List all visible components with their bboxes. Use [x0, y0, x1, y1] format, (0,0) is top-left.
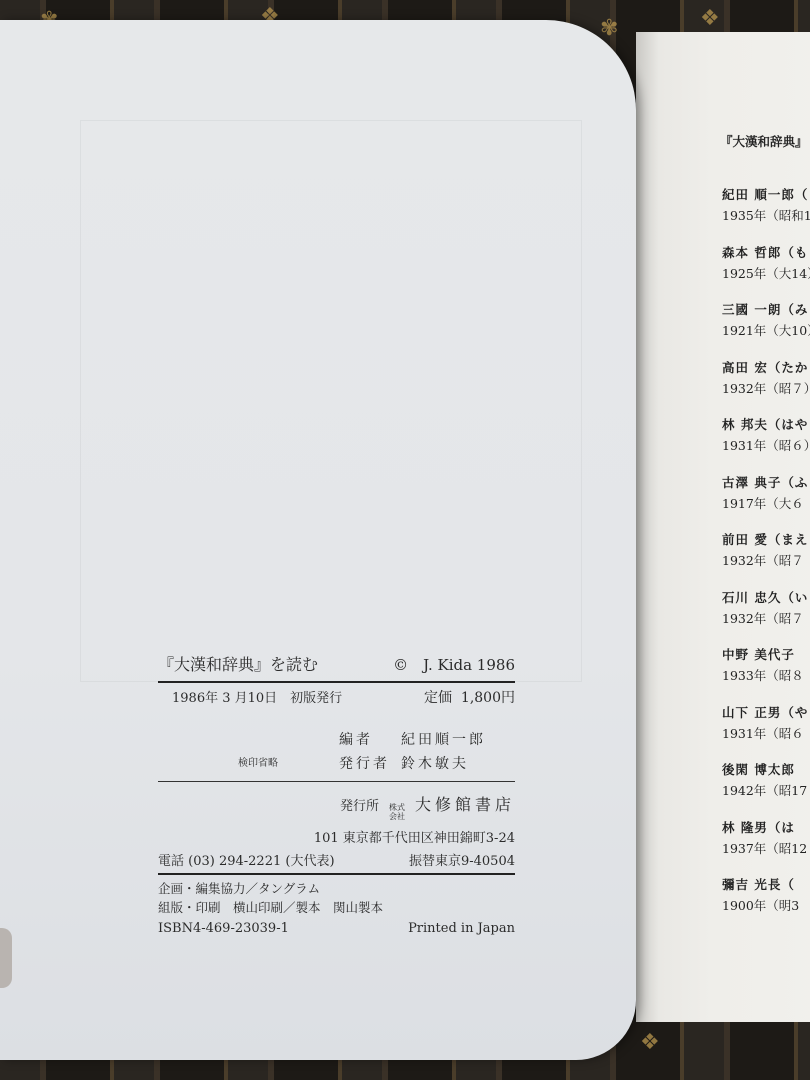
printed-in: Printed in Japan [408, 921, 515, 936]
isbn: ISBN4-469-23039-1 [158, 921, 289, 936]
editor-name: 紀田順一郎 [401, 729, 515, 749]
list-item: 前田 愛（まえ1932年（昭７ [722, 530, 810, 588]
gold-ornament-icon: ❖ [700, 6, 720, 31]
thumb [0, 928, 12, 988]
publisher-person-label: 発行者 [339, 753, 389, 773]
list-item: 森本 哲郎（も1925年（大14） [722, 243, 810, 301]
divider [158, 781, 515, 782]
list-item: 彌吉 光長（1900年（明3 [722, 875, 810, 933]
list-item: 山下 正男（や1931年（昭６ [722, 703, 810, 761]
colophon: 『大漢和辞典』を読む © J. Kida 1986 1986年 3 月10日 初… [158, 652, 515, 936]
editor-row: 編者 紀田順一郎 [158, 729, 515, 749]
list-item: 古澤 典子（ふ1917年（大６ [722, 473, 810, 531]
credits-people: 検印省略 編者 紀田順一郎 発行者 鈴木敏夫 [158, 729, 515, 773]
publication-date: 1986年 3 月10日 初版発行 [172, 687, 342, 706]
contact-row: 電話 (03) 294-2221 (大代表) 振替東京9-40504 [158, 850, 515, 875]
address: 101 東京都千代田区神田錦町3-24 [158, 827, 515, 846]
production-credits: 企画・編集協力／タングラム 組版・印刷 横山印刷／製本 関山製本 [158, 879, 515, 917]
list-item: 林 邦夫（はや1931年（昭６） [722, 415, 810, 473]
company-type: 株式会社 [389, 803, 405, 821]
copyright: © J. Kida 1986 [393, 654, 515, 675]
right-page-title: 『大漢和辞典』 [720, 132, 808, 150]
publisher-name: 大修館書店 [415, 792, 515, 815]
list-item: 林 隆男（は1937年（昭12 [722, 818, 810, 876]
list-item: 中野 美代子1933年（昭８ [722, 645, 810, 703]
publisher-label: 発行所 [340, 795, 379, 814]
stamp-note: 検印省略 [238, 754, 278, 769]
list-item: 三國 一朗（み1921年（大10） [722, 300, 810, 358]
list-item: 石川 忠久（い1932年（昭７ [722, 588, 810, 646]
edition-row: 1986年 3 月10日 初版発行 定価 1,800円 [158, 683, 515, 707]
list-item: 紀田 順一郎（1935年（昭和1 [722, 185, 810, 243]
phone: 電話 (03) 294-2221 (大代表) [158, 850, 335, 869]
book-title: 『大漢和辞典』を読む [158, 652, 318, 675]
list-item: 後閑 博太郎1942年（昭17 [722, 760, 810, 818]
planning-credit: 企画・編集協力／タングラム [158, 879, 515, 898]
colophon-title-row: 『大漢和辞典』を読む © J. Kida 1986 [158, 652, 515, 683]
editor-label: 編者 [339, 729, 389, 749]
isbn-row: ISBN4-469-23039-1 Printed in Japan [158, 921, 515, 936]
list-item: 高田 宏（たか1932年（昭７） [722, 358, 810, 416]
publisher-person-row: 発行者 鈴木敏夫 [158, 753, 515, 773]
publisher-row: 発行所 株式会社 大修館書店 [158, 792, 515, 821]
publisher-person-name: 鈴木敏夫 [401, 753, 515, 773]
contributor-list: 紀田 順一郎（1935年（昭和1 森本 哲郎（も1925年（大14） 三國 一朗… [722, 185, 810, 933]
printing-credit: 組版・印刷 横山印刷／製本 関山製本 [158, 898, 515, 917]
gold-ornament-icon: ❖ [640, 1030, 660, 1055]
gold-ornament-icon: ✾ [600, 16, 618, 41]
show-through-print [80, 120, 582, 682]
right-page: 『大漢和辞典』 紀田 順一郎（1935年（昭和1 森本 哲郎（も1925年（大1… [636, 32, 810, 1022]
price: 定価 1,800円 [424, 687, 515, 707]
transfer-account: 振替東京9-40504 [409, 850, 515, 869]
